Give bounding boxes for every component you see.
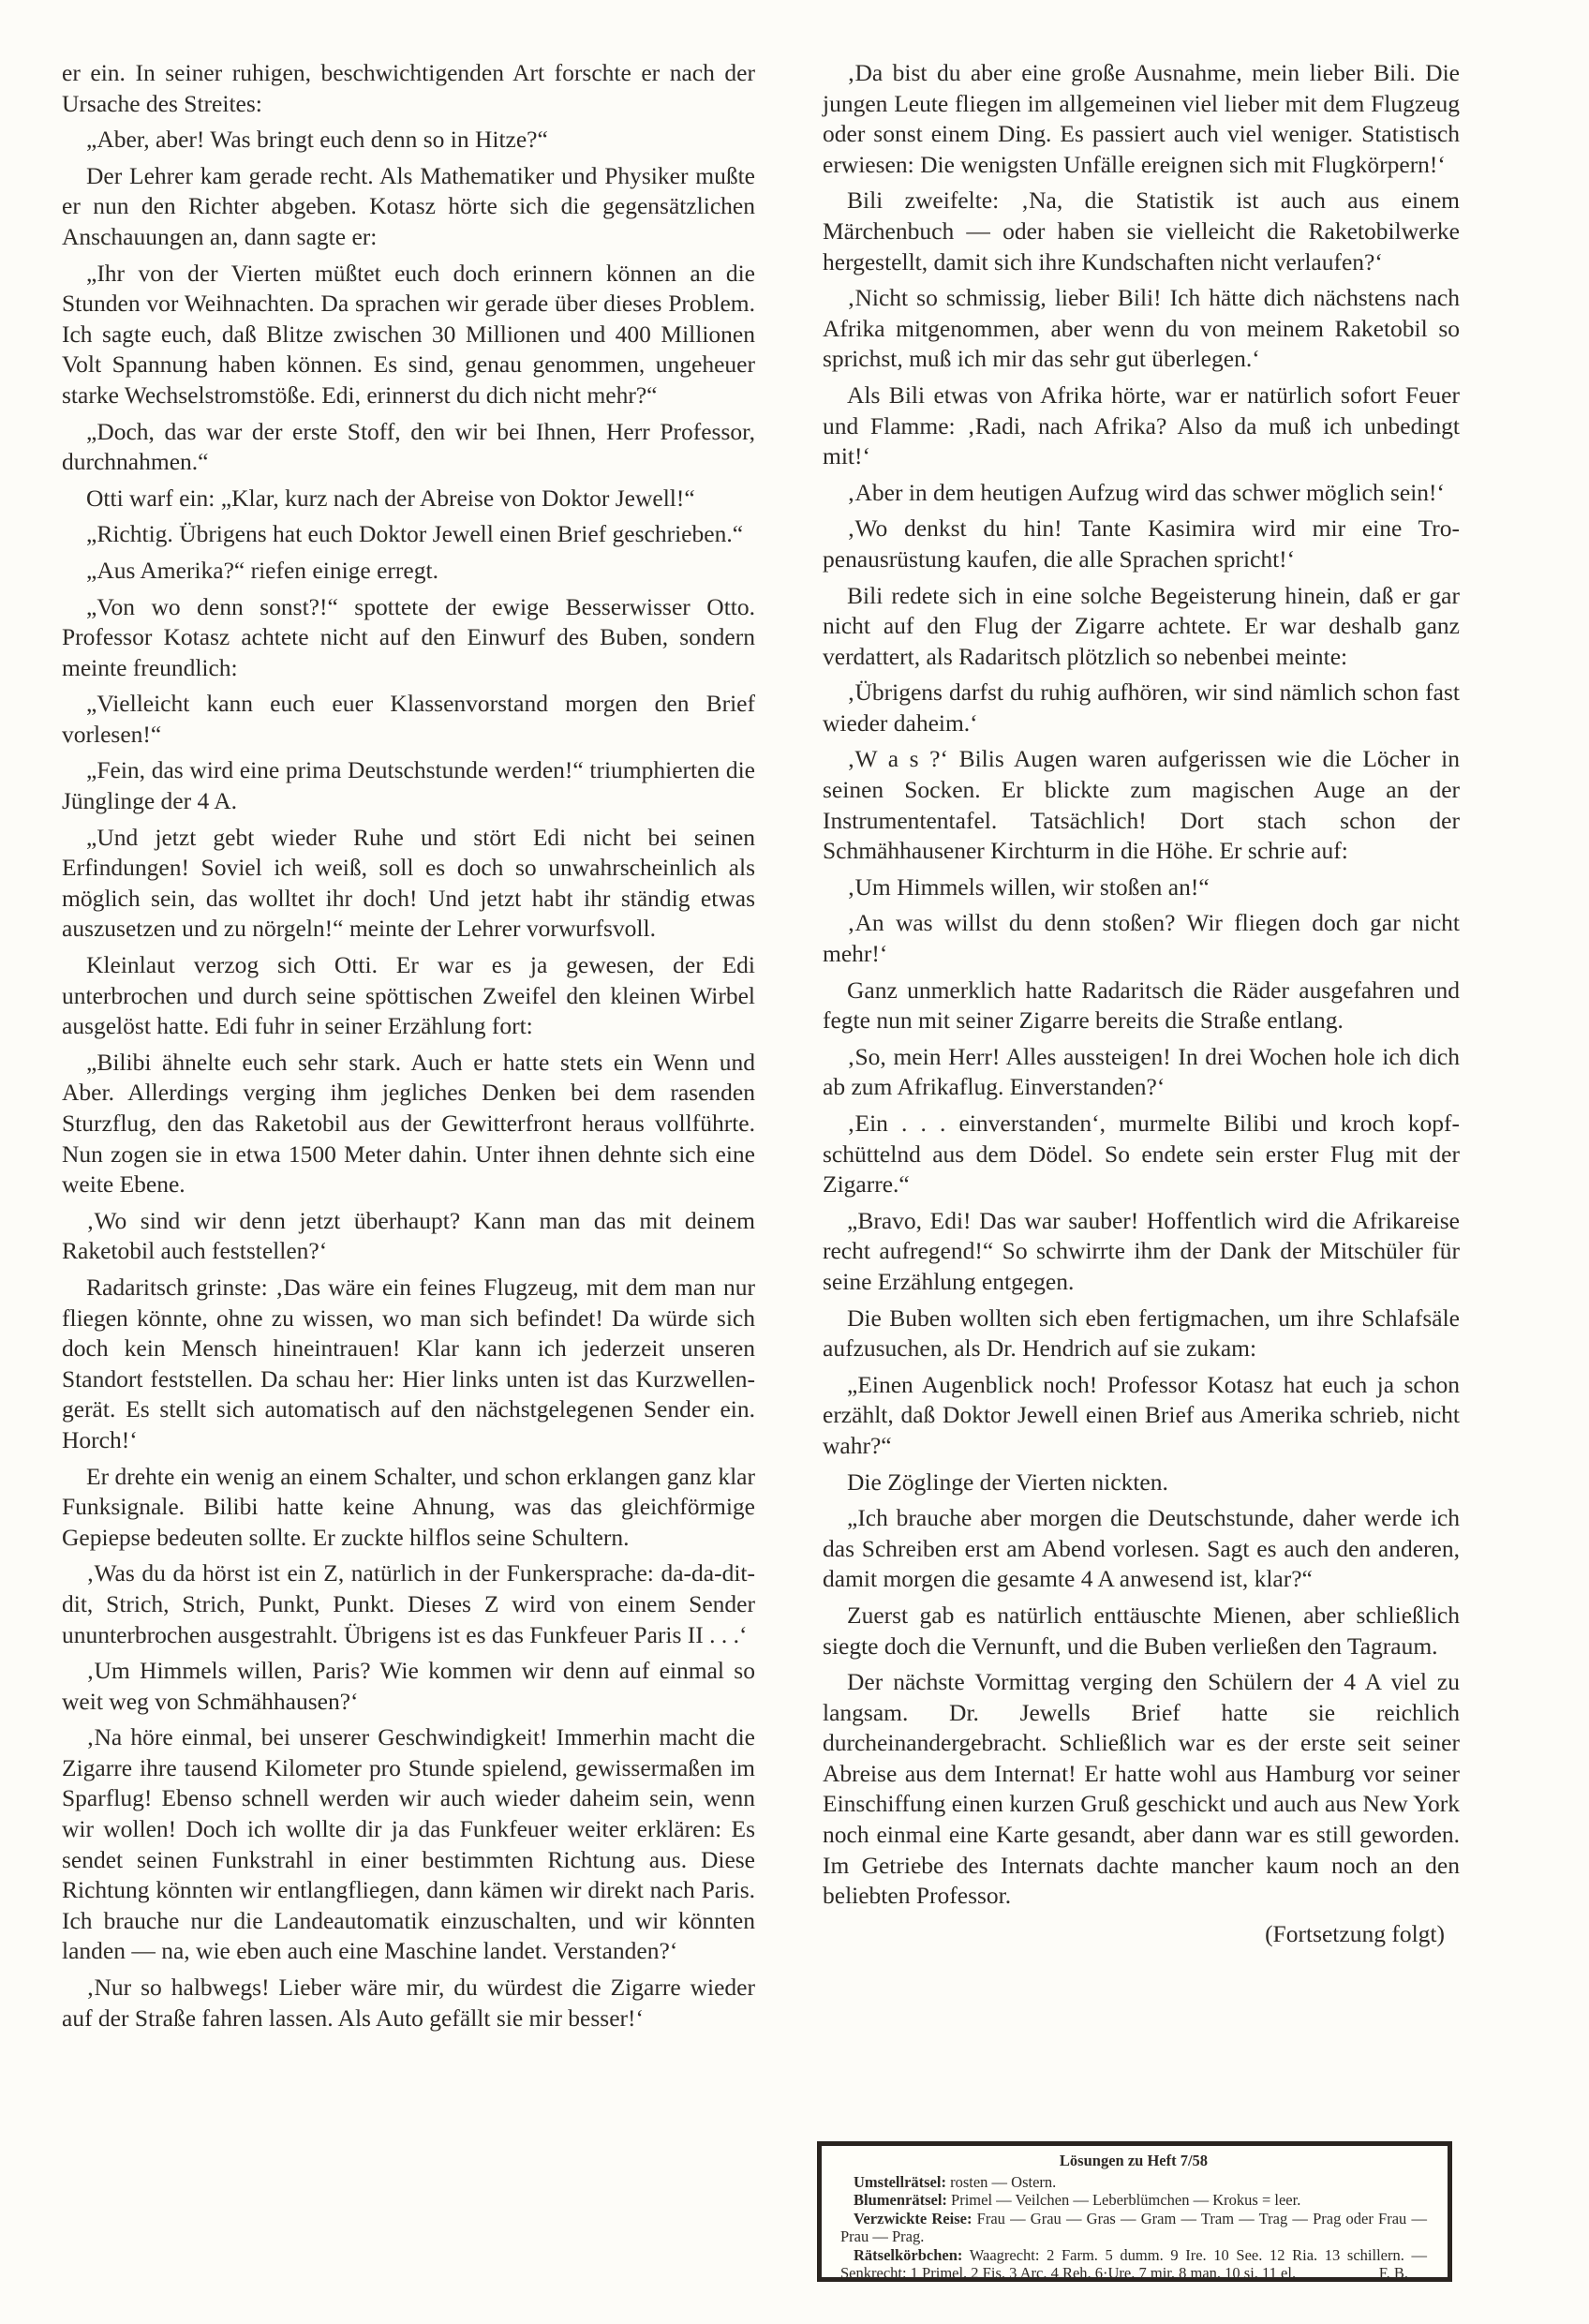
paragraph: ‚Da bist du aber eine große Ausnahme, me… — [823, 58, 1460, 180]
paragraph: Kleinlaut verzog sich Otti. Er war es ja… — [62, 950, 755, 1042]
right-column-paragraphs: ‚Da bist du aber eine große Ausnahme, me… — [823, 58, 1460, 1912]
paragraph: „Von wo denn sonst?!“ spottete der ewige… — [62, 592, 755, 684]
paragraph: „Bravo, Edi! Das war sauber! Hoffentlich… — [823, 1206, 1460, 1298]
paragraph: „Doch, das war der erste Stoff, den wir … — [62, 417, 755, 478]
paragraph: ‚Um Himmels willen, Paris? Wie kommen wi… — [62, 1656, 755, 1717]
paragraph: Zuerst gab es natürlich enttäuschte Mien… — [823, 1601, 1460, 1661]
paragraph: Bili redete sich in eine solche Begeiste… — [823, 581, 1460, 673]
paragraph: ‚Um Himmels willen, wir stoßen an!“ — [823, 872, 1460, 903]
paragraph: ‚W a s ?‘ Bilis Augen waren aufgerissen … — [823, 744, 1460, 866]
right-column: ‚Da bist du aber eine große Ausnahme, me… — [823, 58, 1460, 1949]
signature: F. B. — [1366, 2264, 1408, 2283]
paragraph: Der Lehrer kam gerade recht. Als Mathema… — [62, 161, 755, 253]
paragraph: „Richtig. Übrigens hat euch Doktor Jewel… — [62, 519, 755, 550]
paragraph: ‚Wo denkst du hin! Tante Kasimira wird m… — [823, 514, 1460, 574]
paragraph: ‚So, mein Herr! Alles aussteigen! In dre… — [823, 1042, 1460, 1103]
paragraph: „Ich brauche aber morgen die Deutschstun… — [823, 1503, 1460, 1595]
paragraph: „Aus Amerika?“ riefen einige erregt. — [62, 556, 755, 587]
continuation-note: (Fortsetzung folgt) — [823, 1919, 1460, 1950]
paragraph: Ganz unmerklich hatte Radaritsch die Räd… — [823, 976, 1460, 1036]
paragraph: „Bilibi ähnelte euch sehr stark. Auch er… — [62, 1048, 755, 1200]
paragraph: Als Bili etwas von Afrika hörte, war er … — [823, 380, 1460, 472]
paragraph: „Einen Augenblick noch! Professor Kotasz… — [823, 1370, 1460, 1462]
paragraph: „Vielleicht kann euch euer Klassenvorsta… — [62, 689, 755, 750]
solution-entry: Blumenrätsel: Primel — Veilchen — Leberb… — [840, 2191, 1427, 2210]
paragraph: Die Buben wollten sich eben fertigmachen… — [823, 1304, 1460, 1364]
paragraph: Der nächste Vormittag verging den Schüle… — [823, 1667, 1460, 1912]
paragraph: Bili zweifelte: ‚Na, die Statistik ist a… — [823, 186, 1460, 277]
solution-entry: Verzwickte Reise: Frau — Grau — Gras — G… — [840, 2210, 1427, 2246]
paragraph: ‚Wo sind wir denn jetzt überhaupt? Kann … — [62, 1206, 755, 1267]
solutions-box: Lösungen zu Heft 7/58 Umstellrätsel: ros… — [817, 2141, 1452, 2282]
left-column: er ein. In seiner ruhigen, beschwichtige… — [62, 58, 755, 2039]
paragraph: ‚Na höre einmal, bei unserer Geschwindig… — [62, 1722, 755, 1967]
paragraph: Otti warf ein: „Klar, kurz nach der Abre… — [62, 484, 755, 514]
solution-entry: Umstellrätsel: rosten — Ostern. — [840, 2173, 1427, 2192]
paragraph: ‚Was du da hörst ist ein Z, natürlich in… — [62, 1558, 755, 1650]
solution-entry: Rätselkörbchen: Waagrecht: 2 Farm. 5 dum… — [840, 2246, 1427, 2283]
solutions-title: Lösungen zu Heft 7/58 — [840, 2152, 1427, 2170]
paragraph: er ein. In seiner ruhigen, beschwichtige… — [62, 58, 755, 119]
paragraph: ‚Ein . . . einverstanden‘, murmelte Bili… — [823, 1109, 1460, 1200]
paragraph: „Fein, das wird eine prima Deutschstunde… — [62, 755, 755, 816]
paragraph: Die Zöglinge der Vierten nickten. — [823, 1467, 1460, 1498]
paragraph: Radaritsch grinste: ‚Das wäre ein feines… — [62, 1273, 755, 1456]
paragraph: Er drehte ein wenig an einem Schalter, u… — [62, 1462, 755, 1554]
paragraph: ‚Nur so halbwegs! Lieber wäre mir, du wü… — [62, 1973, 755, 2033]
paragraph: „Aber, aber! Was bringt euch denn so in … — [62, 125, 755, 156]
paragraph: ‚An was willst du denn stoßen? Wir flieg… — [823, 908, 1460, 969]
paragraph: ‚Aber in dem heutigen Aufzug wird das sc… — [823, 478, 1460, 509]
paragraph: ‚Übrigens darfst du ruhig aufhören, wir … — [823, 678, 1460, 738]
paragraph: ‚Nicht so schmissig, lieber Bili! Ich hä… — [823, 283, 1460, 375]
paragraph: „Und jetzt gebt wieder Ruhe und stört Ed… — [62, 823, 755, 945]
paragraph: „Ihr von der Vierten müßtet euch doch er… — [62, 259, 755, 411]
